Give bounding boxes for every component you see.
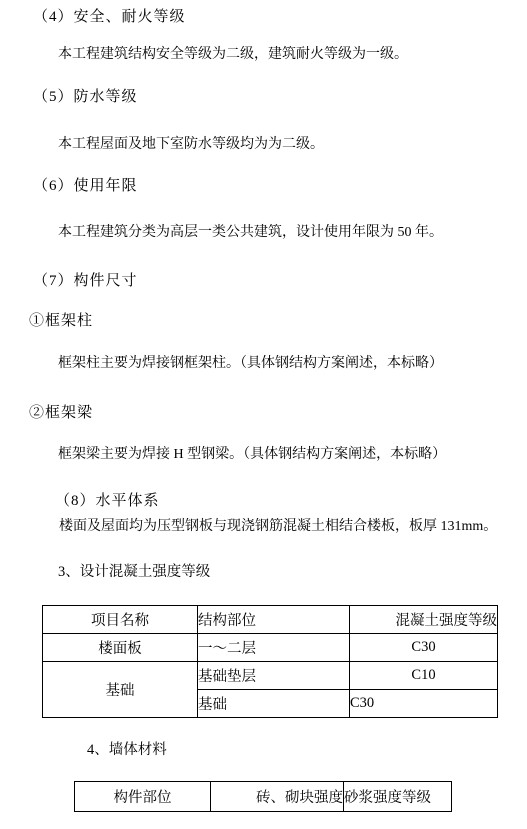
cell-part: 一～二层 xyxy=(198,634,350,662)
para-horizontal-system: 楼面及屋面均为压型钢板与现浇钢筋混凝土相结合楼板，板厚 131mm。 xyxy=(59,518,497,535)
table-header-row: 构件部位 砖、砌块强度 砂浆强度等级 xyxy=(75,782,452,812)
cell-part: 基础垫层 xyxy=(198,662,350,690)
para-frame-beam: 框架梁主要为焊接 H 型钢梁。（具体钢结构方案阐述，本标略） xyxy=(58,446,446,463)
document-page: （4）安全、耐火等级 本工程建筑结构安全等级为二级，建筑耐火等级为一级。 （5）… xyxy=(0,0,527,829)
heading-concrete-strength: 3、设计混凝土强度等级 xyxy=(58,563,210,582)
wall-material-table: 构件部位 砖、砌块强度 砂浆强度等级 xyxy=(74,781,452,812)
header-cell-component-part: 构件部位 xyxy=(75,782,211,812)
header-cell-mortar-grade: 砂浆强度等级 xyxy=(344,782,452,812)
cell-item: 楼面板 xyxy=(43,634,198,662)
heading-wall-material: 4、墙体材料 xyxy=(87,741,167,760)
heading-horizontal-system: （8）水平体系 xyxy=(55,491,160,511)
table-header-row: 项目名称 结构部位 混凝土强度等级 xyxy=(43,606,498,634)
heading-service-life: （6）使用年限 xyxy=(33,176,138,196)
cell-item-merged: 基础 xyxy=(43,662,198,718)
table-row: 楼面板 一～二层 C30 xyxy=(43,634,498,662)
heading-component-dimensions: （7）构件尺寸 xyxy=(33,271,138,291)
header-cell-concrete-grade: 混凝土强度等级 xyxy=(350,606,498,634)
para-frame-column: 框架柱主要为焊接钢框架柱。（具体钢结构方案阐述，本标略） xyxy=(58,355,443,372)
heading-safety-fire-rating: （4）安全、耐火等级 xyxy=(33,7,186,27)
header-cell-brick-strength: 砖、砌块强度 xyxy=(211,782,344,812)
para-service-life: 本工程建筑分类为高层一类公共建筑，设计使用年限为 50 年。 xyxy=(58,224,443,241)
item-frame-beam: ②框架梁 xyxy=(29,403,93,423)
cell-grade: C30 xyxy=(350,690,498,718)
header-cell-project-name: 项目名称 xyxy=(43,606,198,634)
item-frame-column: ①框架柱 xyxy=(29,311,93,331)
para-waterproof-rating: 本工程屋面及地下室防水等级均为为二级。 xyxy=(58,136,324,153)
header-cell-structure-part: 结构部位 xyxy=(198,606,350,634)
cell-part: 基础 xyxy=(198,690,350,718)
table-row: 基础 基础垫层 C10 xyxy=(43,662,498,690)
cell-grade: C10 xyxy=(350,662,498,690)
concrete-strength-table: 项目名称 结构部位 混凝土强度等级 楼面板 一～二层 C30 基础 基础垫层 C… xyxy=(42,605,498,718)
cell-grade: C30 xyxy=(350,634,498,662)
para-safety-fire-rating: 本工程建筑结构安全等级为二级，建筑耐火等级为一级。 xyxy=(58,46,408,63)
heading-waterproof-rating: （5）防水等级 xyxy=(33,87,138,107)
